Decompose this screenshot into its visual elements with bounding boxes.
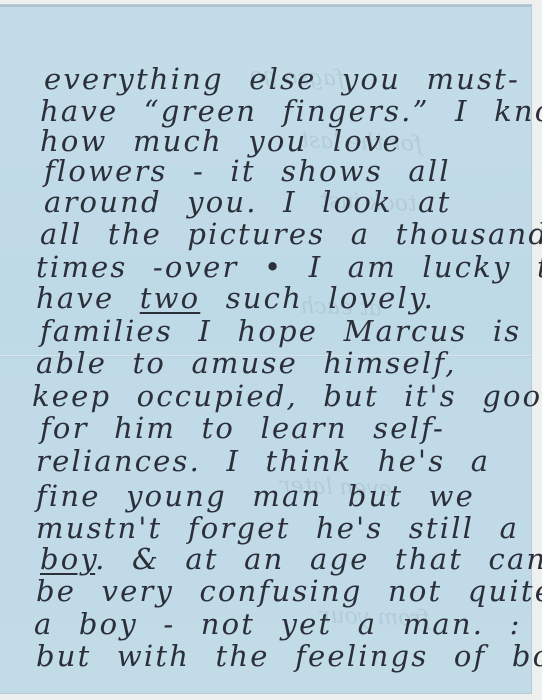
- text-line: able to amuse himself,: [36, 347, 457, 379]
- text-line: times -over • I am lucky to: [36, 251, 542, 283]
- text-line: mustn't forget he's still a: [36, 512, 519, 544]
- underlined-word: two: [140, 281, 201, 315]
- text-line: flowers - it shows all: [44, 155, 451, 187]
- text-line: everything else you must-: [44, 63, 520, 95]
- text-line: families I hope Marcus is: [40, 315, 521, 347]
- text-line: reliances. I think he's a: [36, 445, 490, 477]
- text-line: have “green fingers.” I know: [40, 95, 542, 127]
- underlined-word: boy: [40, 542, 95, 576]
- text-line: around you. I look at: [44, 186, 452, 218]
- letter-page: fagso go for the last took just at each …: [0, 5, 531, 693]
- text-line: all the pictures a thousand: [40, 218, 542, 250]
- text-line: for him to learn self-: [40, 412, 445, 444]
- text-line: how much you love: [40, 125, 402, 157]
- text-line: but with the feelings of both: [36, 640, 542, 672]
- text-line: fine young man but we: [36, 480, 475, 512]
- text-line: boy. & at an age that can: [40, 543, 542, 575]
- text-segment: have: [36, 281, 140, 315]
- text-line: keep occupied, but it's good: [32, 380, 542, 412]
- text-line: be very confusing not quite: [36, 575, 542, 607]
- text-line: a boy - not yet a man. :: [34, 608, 522, 640]
- text-segment: . & at an age that can: [95, 542, 542, 576]
- text-segment: such lovely.: [200, 281, 435, 315]
- text-line: have two such lovely.: [36, 282, 435, 314]
